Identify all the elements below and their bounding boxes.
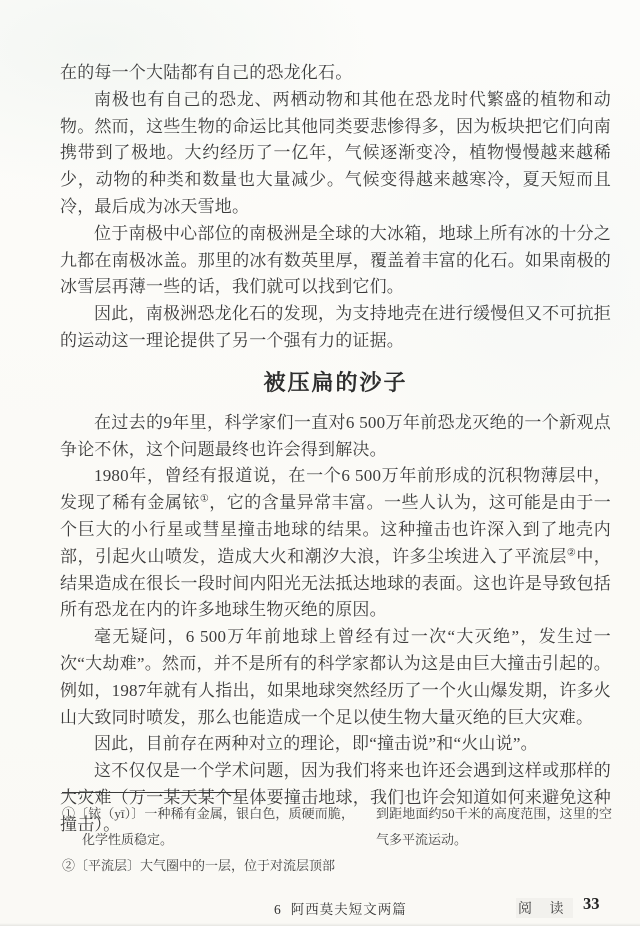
footnote-item-stratosphere: ②〔平流层〕大气圈中的一层，位于对流层顶部 [62, 853, 354, 879]
footnote-ref-stratosphere: ② [567, 547, 576, 558]
paragraph-iridium-discovery: 1980年，曾经有报道说，在一个6 500万年前形成的沉积物薄层中，发现了稀有金… [60, 463, 611, 624]
section-label: 阅 读 [516, 898, 573, 918]
footnote-text: 〔铱（yī）〕一种稀有金属，银白色，质硬而脆，化学性质稳定。 [75, 806, 354, 847]
paragraph-mass-extinction: 毫无疑问，6 500万年前地球上曾经有过一次“大灭绝”，发生过一次“大劫难”。然… [60, 624, 611, 731]
footnotes-right-column: 到距地面约50千米的高度范围，这里的空气多平流运动。 [376, 801, 612, 879]
page-footer: 6阿西莫夫短文两篇 阅 读 33 [0, 893, 640, 919]
footnotes-left-column: ①〔铱（yī）〕一种稀有金属，银白色，质硬而脆，化学性质稳定。 ②〔平流层〕大气… [62, 801, 354, 879]
footnote-divider [62, 792, 240, 793]
lesson-label: 6阿西莫夫短文两篇 [274, 898, 407, 918]
section-title: 被压扁的沙子 [60, 366, 611, 397]
paragraph-antarctic-life: 南极也有自己的恐龙、两栖动物和其他在恐龙时代繁盛的植物和动物。然而，这些生物的命… [60, 87, 611, 221]
page-number: 33 [583, 894, 600, 914]
lesson-title: 阿西莫夫短文两篇 [291, 902, 407, 917]
footnotes-area: ①〔铱（yī）〕一种稀有金属，银白色，质硬而脆，化学性质稳定。 ②〔平流层〕大气… [62, 801, 612, 879]
paragraph-new-viewpoint: 在过去的9年里，科学家们一直对6 500万年前恐龙灭绝的一个新观点争论不休，这个… [60, 410, 611, 464]
paragraph-continuation: 在的每一个大陆都有自己的恐龙化石。 [60, 60, 611, 87]
footnote-ref-iridium: ① [200, 494, 209, 505]
footnote-marker: ① [62, 806, 75, 821]
footnote-item-iridium: ①〔铱（yī）〕一种稀有金属，银白色，质硬而脆，化学性质稳定。 [62, 801, 354, 853]
paragraph-two-theories: 因此，目前存在两种对立的理论，即“撞击说”和“火山说”。 [60, 731, 611, 758]
lesson-number: 6 [274, 902, 282, 917]
paragraph-ice-box: 位于南极中心部位的南极洲是全球的大冰箱，地球上所有冰的十分之九都在南极冰盖。那里… [60, 221, 611, 301]
footnote-marker: ② [62, 858, 75, 873]
body-text: 在的每一个大陆都有自己的恐龙化石。 南极也有自己的恐龙、两栖动物和其他在恐龙时代… [60, 60, 611, 839]
footnote-continuation: 到距地面约50千米的高度范围，这里的空气多平流运动。 [376, 801, 612, 853]
paragraph-conclusion-evidence: 因此，南极洲恐龙化石的发现，为支持地壳在进行缓慢但又不可抗拒的运动这一理论提供了… [60, 301, 611, 355]
textbook-page: 在的每一个大陆都有自己的恐龙化石。 南极也有自己的恐龙、两栖动物和其他在恐龙时代… [0, 0, 640, 926]
footnote-text: 〔平流层〕大气圈中的一层，位于对流层顶部 [75, 858, 335, 873]
